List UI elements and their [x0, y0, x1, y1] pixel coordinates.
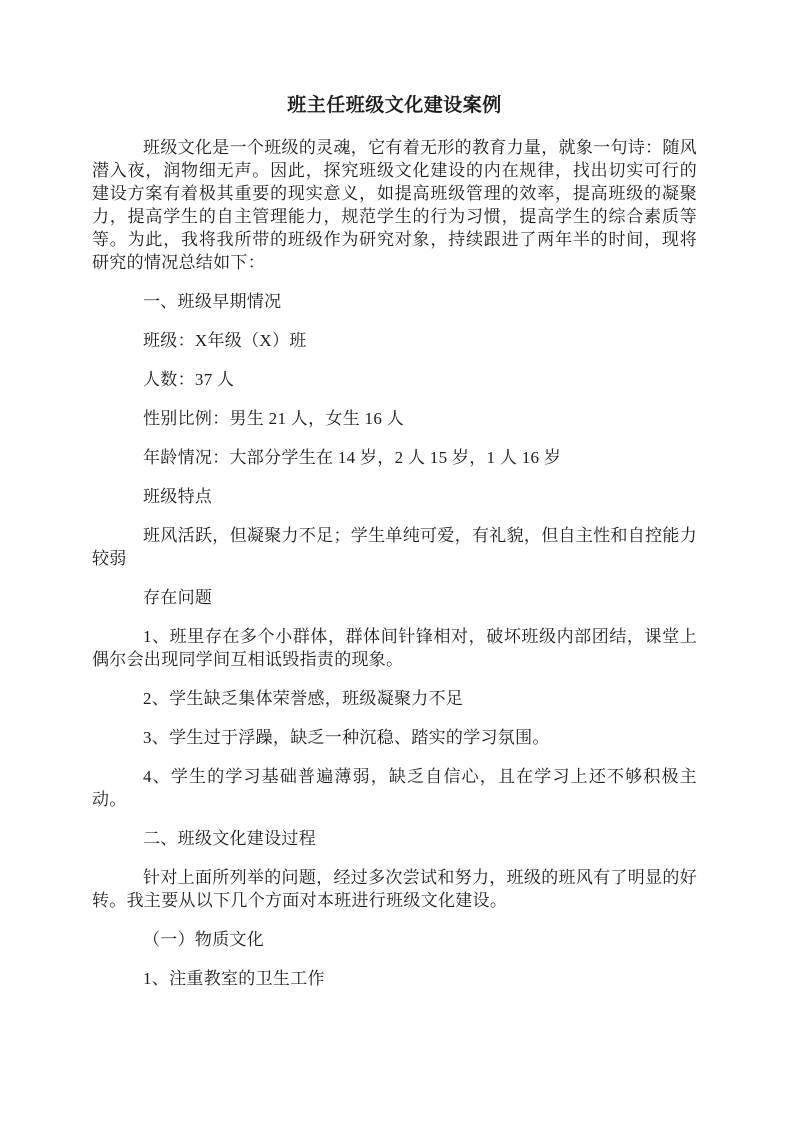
- subsection-1-heading: （一）物质文化: [92, 928, 697, 951]
- problems-label: 存在问题: [92, 586, 697, 609]
- section-1-heading: 一、班级早期情况: [92, 290, 697, 313]
- gender-ratio-line: 性别比例：男生 21 人，女生 16 人: [92, 407, 697, 430]
- class-traits-label: 班级特点: [92, 485, 697, 508]
- class-traits-paragraph: 班风活跃，但凝聚力不足；学生单纯可爱，有礼貌，但自主性和自控能力较弱: [92, 524, 697, 570]
- headcount-line: 人数：37 人: [92, 368, 697, 391]
- problem-item-3: 3、学生过于浮躁，缺乏一种沉稳、踏实的学习氛围。: [92, 726, 697, 749]
- item-1-heading: 1、注重教室的卫生工作: [92, 967, 697, 990]
- problem-item-2: 2、学生缺乏集体荣誉感，班级凝聚力不足: [92, 687, 697, 710]
- intro-paragraph: 班级文化是一个班级的灵魂，它有着无形的教育力量，就象一句诗：随风潜入夜，润物细无…: [92, 136, 697, 274]
- document-page: 班主任班级文化建设案例 班级文化是一个班级的灵魂，它有着无形的教育力量，就象一句…: [0, 0, 793, 1122]
- age-line: 年龄情况：大部分学生在 14 岁，2 人 15 岁，1 人 16 岁: [92, 446, 697, 469]
- problem-item-4: 4、学生的学习基础普遍薄弱，缺乏自信心，且在学习上还不够积极主动。: [92, 765, 697, 811]
- section-2-heading: 二、班级文化建设过程: [92, 827, 697, 850]
- document-title: 班主任班级文化建设案例: [92, 94, 697, 117]
- section-2-intro-paragraph: 针对上面所列举的问题，经过多次尝试和努力，班级的班风有了明显的好转。我主要从以下…: [92, 866, 697, 912]
- problem-item-1: 1、班里存在多个小群体，群体间针锋相对，破坏班级内部团结，课堂上偶尔会出现同学间…: [92, 625, 697, 671]
- class-line: 班级：X年级（X）班: [92, 329, 697, 352]
